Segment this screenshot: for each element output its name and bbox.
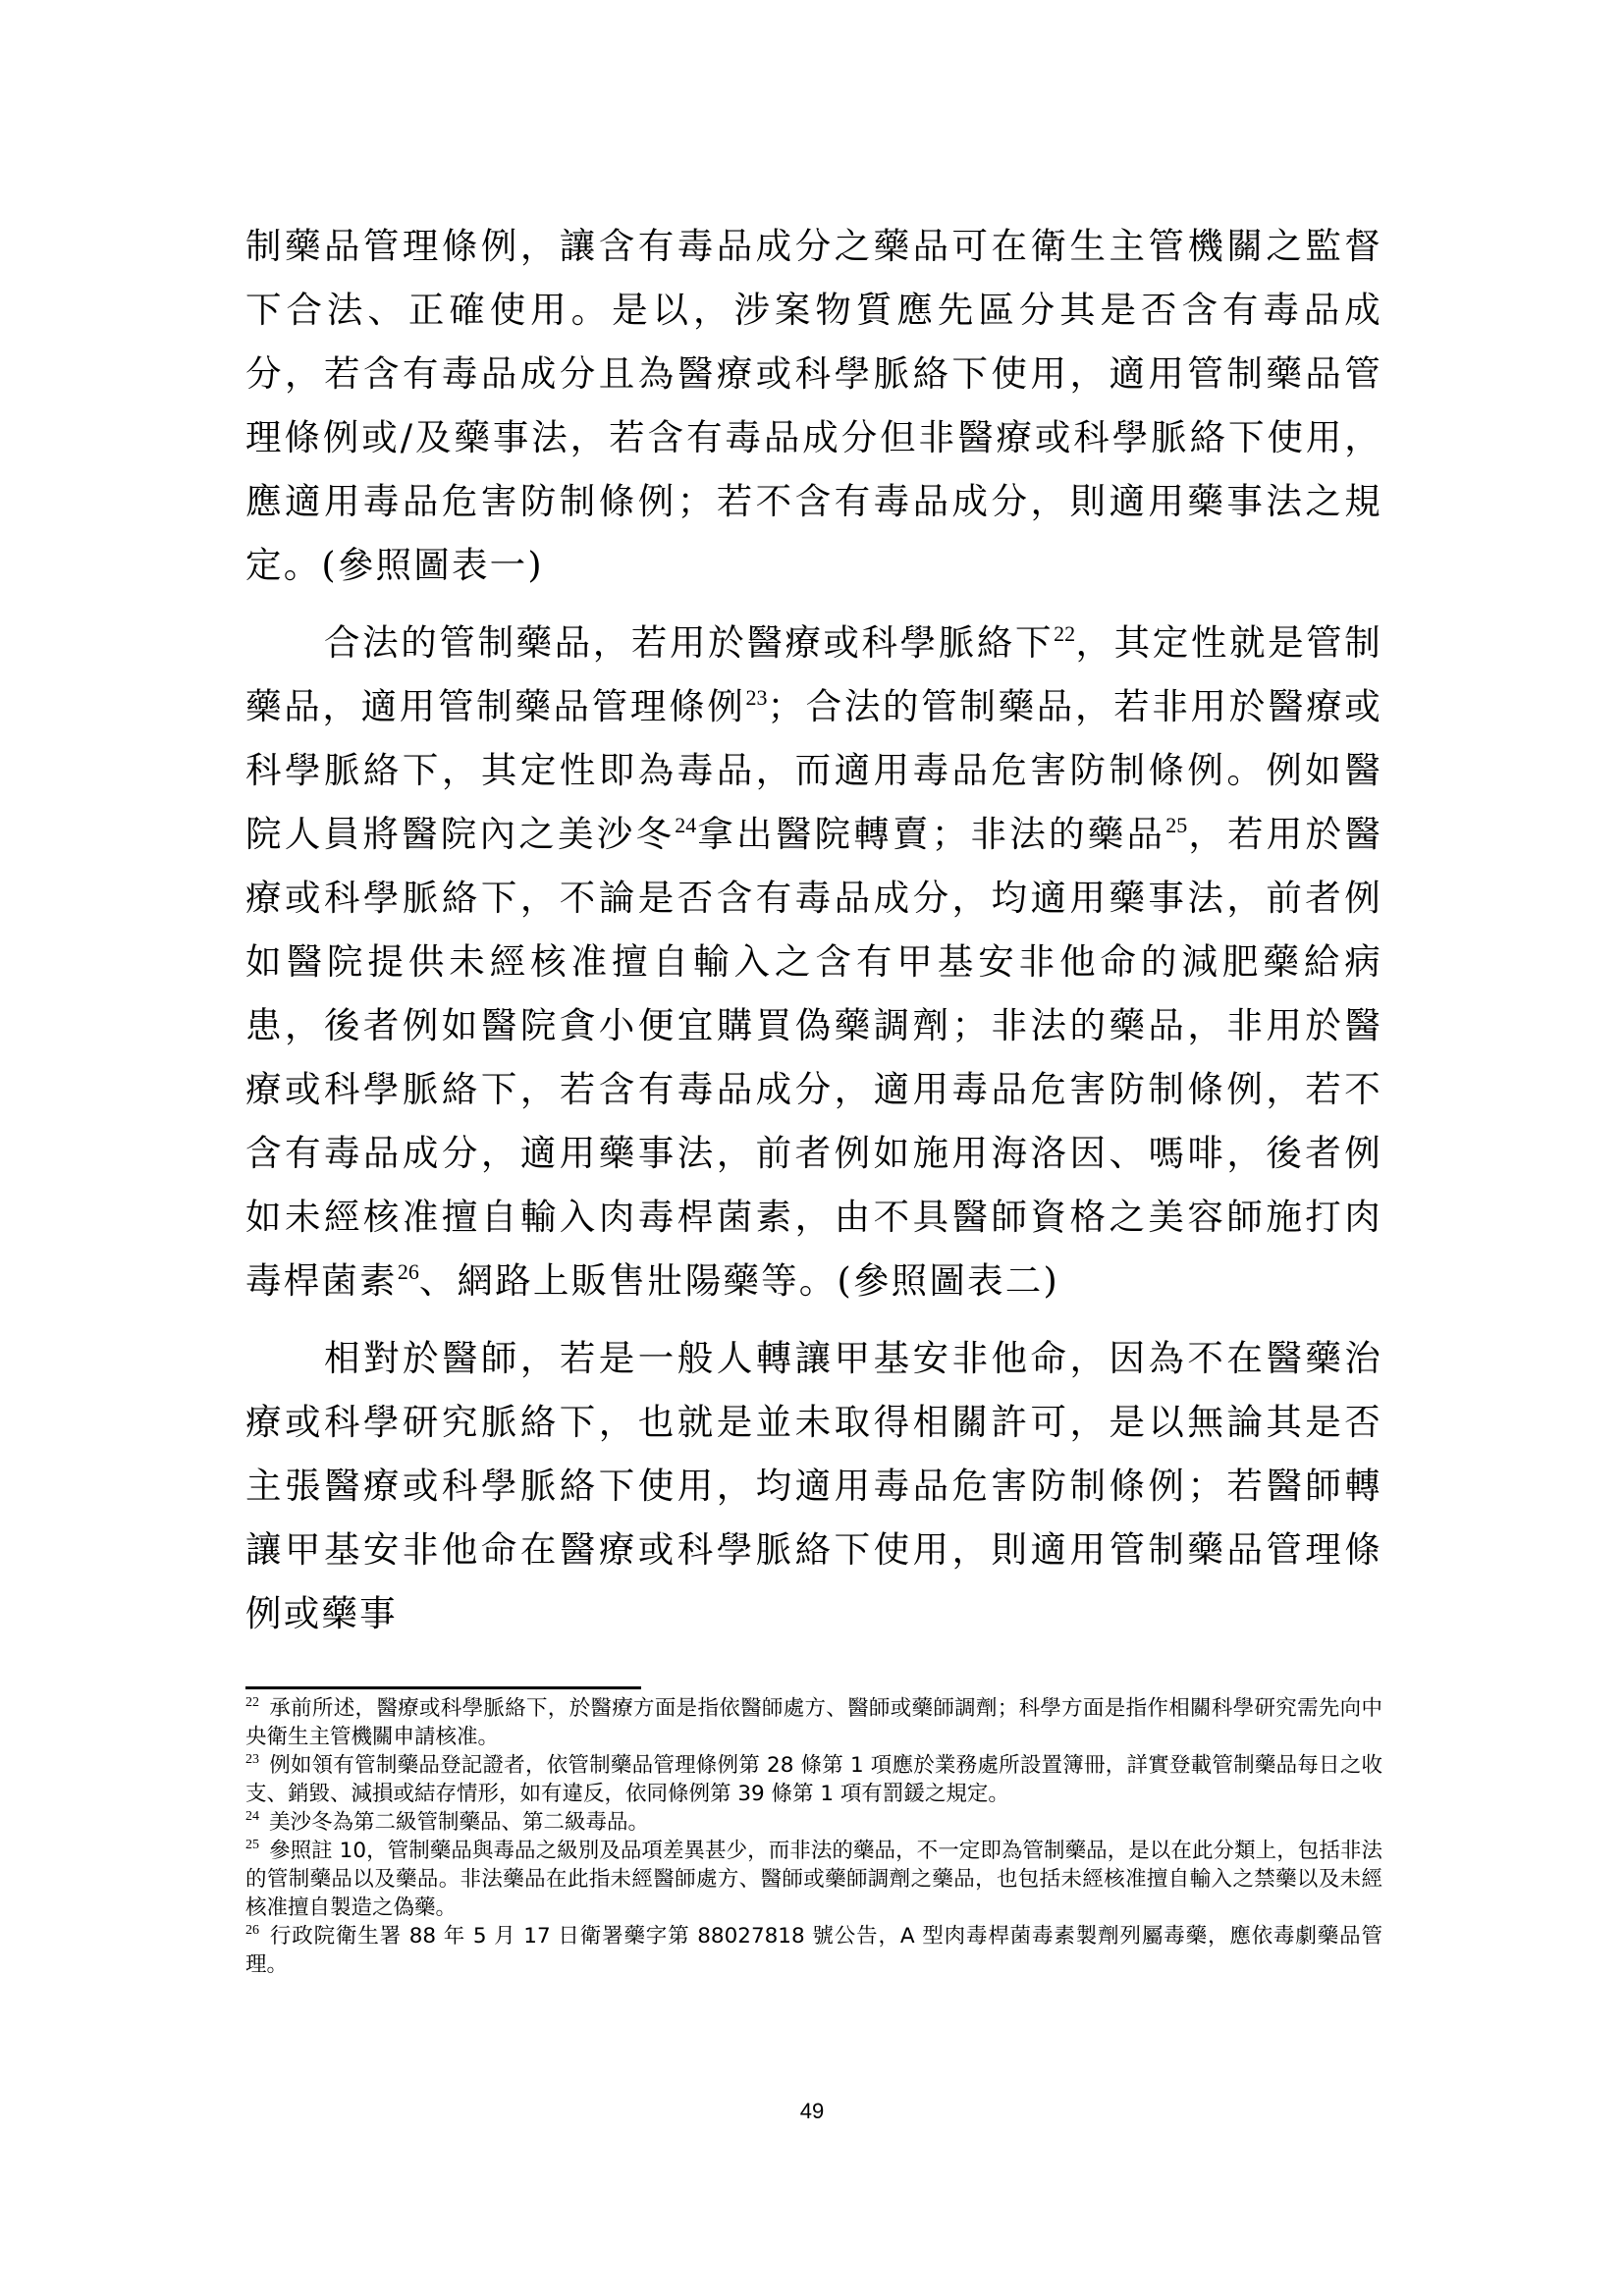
footnote-text: 參照註 10，管制藥品與毒品之級別及品項差異甚少，而非法的藥品，不一定即為管制藥… <box>245 1839 1382 1920</box>
footnote-24: 24美沙冬為第二級管制藥品、第二級毒品。 <box>245 1808 1382 1837</box>
footnote-separator <box>245 1686 641 1689</box>
footnote-number: 25 <box>245 1838 259 1852</box>
paragraph-text: 合法的管制藥品，若用於醫療或科學脈絡下 <box>324 621 1054 664</box>
paragraph-text: ，若用於醫療或科學脈絡下，不論是否含有毒品成分，均適用藥事法，前者例如醫院提供未… <box>245 813 1382 1302</box>
document-page: 制藥品管理條例，讓含有毒品成分之藥品可在衛生主管機關之監督下合法、正確使用。是以… <box>0 0 1624 2296</box>
footnote-reference-24[interactable]: 24 <box>675 813 696 837</box>
footnote-number: 22 <box>245 1695 259 1710</box>
paragraph-text: 相對於醫師，若是一般人轉讓甲基安非他命，因為不在醫藥治療或科學研究脈絡下，也就是… <box>245 1337 1382 1634</box>
footnote-number: 24 <box>245 1809 259 1824</box>
footnote-number: 26 <box>245 1923 259 1938</box>
page-number: 49 <box>0 2099 1624 2124</box>
paragraph-text: 拿出醫院轉賣；非法的藥品 <box>696 813 1165 855</box>
paragraph-text: 、網路上販售壯陽藥等。(參照圖表二) <box>419 1259 1059 1302</box>
paragraph-text: 制藥品管理條例，讓含有毒品成分之藥品可在衛生主管機關之監督下合法、正確使用。是以… <box>245 225 1382 586</box>
paragraph-1: 制藥品管理條例，讓含有毒品成分之藥品可在衛生主管機關之監督下合法、正確使用。是以… <box>245 214 1382 597</box>
footnote-reference-26[interactable]: 26 <box>398 1259 419 1284</box>
footnote-text: 例如領有管制藥品登記證者，依管制藥品管理條例第 28 條第 1 項應於業務處所設… <box>245 1753 1382 1806</box>
footnote-23: 23例如領有管制藥品登記證者，依管制藥品管理條例第 28 條第 1 項應於業務處… <box>245 1751 1382 1808</box>
footnote-text: 美沙冬為第二級管制藥品、第二級毒品。 <box>269 1810 649 1835</box>
footnotes: 22承前所述，醫療或科學脈絡下，於醫療方面是指依醫師處方、醫師或藥師調劑；科學方… <box>245 1694 1382 1979</box>
footnote-number: 23 <box>245 1752 259 1767</box>
footnote-reference-22[interactable]: 22 <box>1054 621 1075 646</box>
footnote-26: 26行政院衛生署 88 年 5 月 17 日衛署藥字第 88027818 號公告… <box>245 1922 1382 1979</box>
footnote-text: 行政院衛生署 88 年 5 月 17 日衛署藥字第 88027818 號公告，A… <box>245 1924 1382 1977</box>
footnote-reference-23[interactable]: 23 <box>745 685 767 710</box>
footnote-25: 25參照註 10，管制藥品與毒品之級別及品項差異甚少，而非法的藥品，不一定即為管… <box>245 1837 1382 1922</box>
footnote-text: 承前所述，醫療或科學脈絡下，於醫療方面是指依醫師處方、醫師或藥師調劑；科學方面是… <box>245 1696 1382 1749</box>
footnote-reference-25[interactable]: 25 <box>1165 813 1187 837</box>
footnote-22: 22承前所述，醫療或科學脈絡下，於醫療方面是指依醫師處方、醫師或藥師調劑；科學方… <box>245 1694 1382 1751</box>
paragraph-2: 合法的管制藥品，若用於醫療或科學脈絡下22，其定性就是管制藥品，適用管制藥品管理… <box>245 611 1382 1312</box>
paragraph-3: 相對於醫師，若是一般人轉讓甲基安非他命，因為不在醫藥治療或科學研究脈絡下，也就是… <box>245 1326 1382 1645</box>
body-text: 制藥品管理條例，讓含有毒品成分之藥品可在衛生主管機關之監督下合法、正確使用。是以… <box>245 214 1382 1659</box>
